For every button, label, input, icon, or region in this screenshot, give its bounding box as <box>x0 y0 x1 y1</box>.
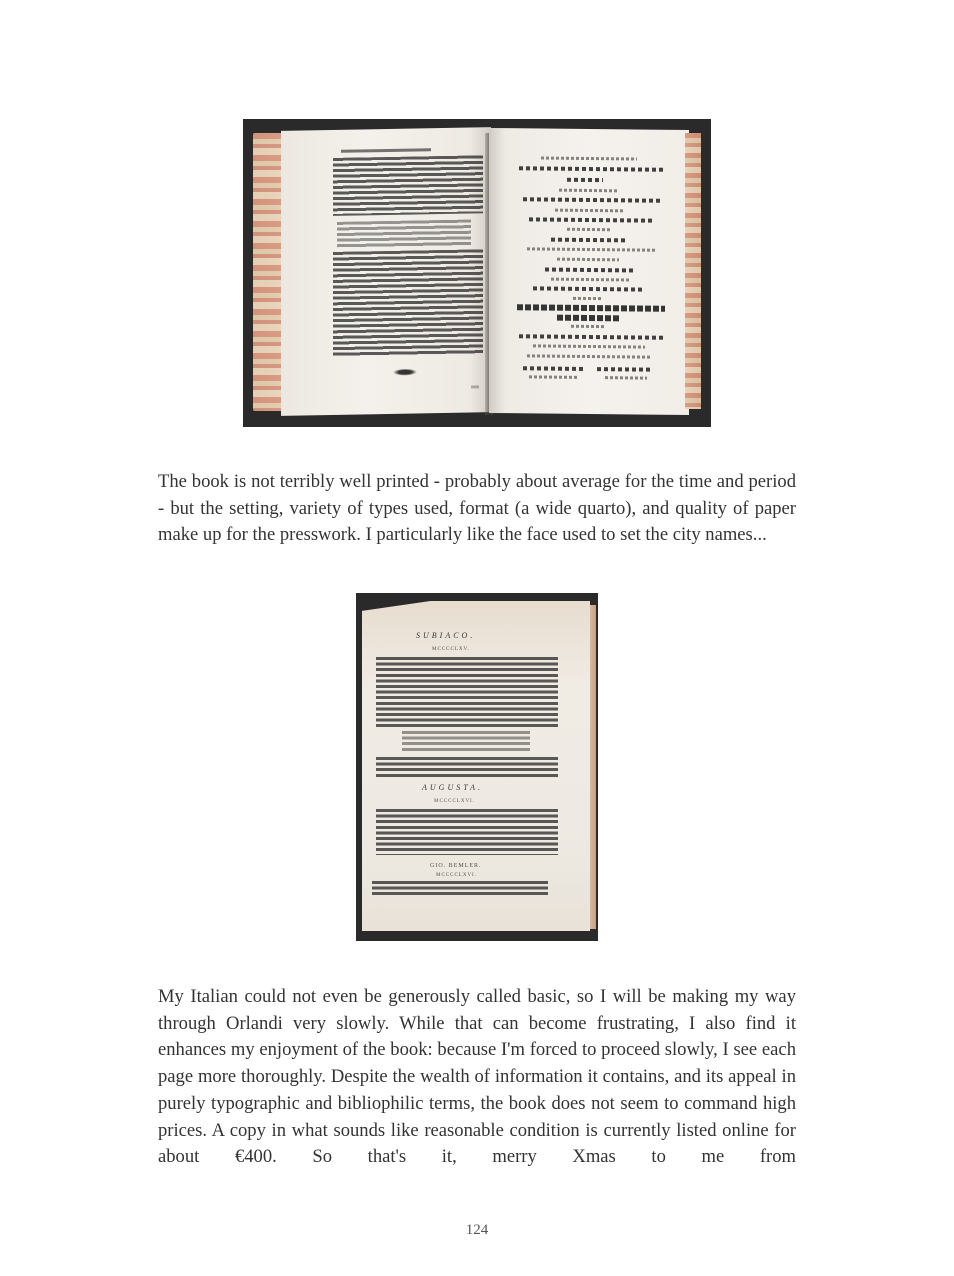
specimen-line <box>523 366 585 371</box>
folio-number <box>471 385 479 388</box>
text-block <box>333 249 483 356</box>
specimen-line <box>517 304 665 312</box>
text-block <box>372 881 548 897</box>
table-block <box>337 220 471 248</box>
page-number: 124 <box>0 1222 954 1239</box>
specimen-line <box>551 238 627 243</box>
specimen-line <box>567 178 603 182</box>
specimen-line <box>605 376 647 379</box>
text-block <box>376 657 558 727</box>
page-edge <box>590 605 596 929</box>
text-block <box>376 757 558 779</box>
specimen-line <box>519 166 665 172</box>
specimen-line <box>527 247 657 251</box>
heading-subiaco: SUBIACO. <box>416 631 475 640</box>
right-page-specimen <box>489 128 689 415</box>
specimen-line <box>519 334 665 340</box>
specimen-line <box>533 286 643 291</box>
specimen-line <box>533 344 645 348</box>
specimen-line <box>573 297 603 300</box>
specimen-line <box>529 375 579 379</box>
specimen-line <box>597 367 653 372</box>
specimen-line <box>523 197 661 202</box>
specimen-line <box>555 209 625 213</box>
text-block <box>376 809 558 855</box>
year-line: MCCCCLXVI. <box>434 799 475 804</box>
open-book-photo <box>243 119 711 427</box>
body-paragraph-2: My Italian could not even be generously … <box>158 984 796 1171</box>
text-block <box>333 155 483 216</box>
specimen-line <box>559 189 619 193</box>
body-paragraph-1: The book is not terribly well printed - … <box>158 469 796 549</box>
specimen-line <box>529 217 653 222</box>
running-head <box>341 148 431 153</box>
specimen-line <box>545 268 635 273</box>
specimen-line <box>567 228 611 231</box>
page-sheet: SUBIACO. MCCCCLXV. AUGUSTA. MCCCCLXVI. G… <box>362 601 590 931</box>
text-block <box>402 731 530 753</box>
heading-gio-bemler: GIO. BEMLER. <box>430 863 482 869</box>
specimen-line <box>571 325 605 328</box>
specimen-line <box>527 354 651 358</box>
specimen-line <box>557 258 619 262</box>
specimen-line <box>541 156 637 160</box>
document-page: The book is not terribly well printed - … <box>0 0 954 1276</box>
book-page-photo: SUBIACO. MCCCCLXV. AUGUSTA. MCCCCLXVI. G… <box>356 593 598 941</box>
left-page <box>281 127 491 416</box>
sprinkled-page-edge-right <box>685 133 701 409</box>
specimen-line <box>557 315 621 322</box>
ornament-icon <box>393 368 417 375</box>
book-spread <box>251 127 703 419</box>
year-line: MCCCCLXVI. <box>436 873 477 878</box>
specimen-line <box>551 278 631 282</box>
heading-augusta: AUGUSTA. <box>422 783 483 792</box>
year-line: MCCCCLXV. <box>432 647 470 652</box>
